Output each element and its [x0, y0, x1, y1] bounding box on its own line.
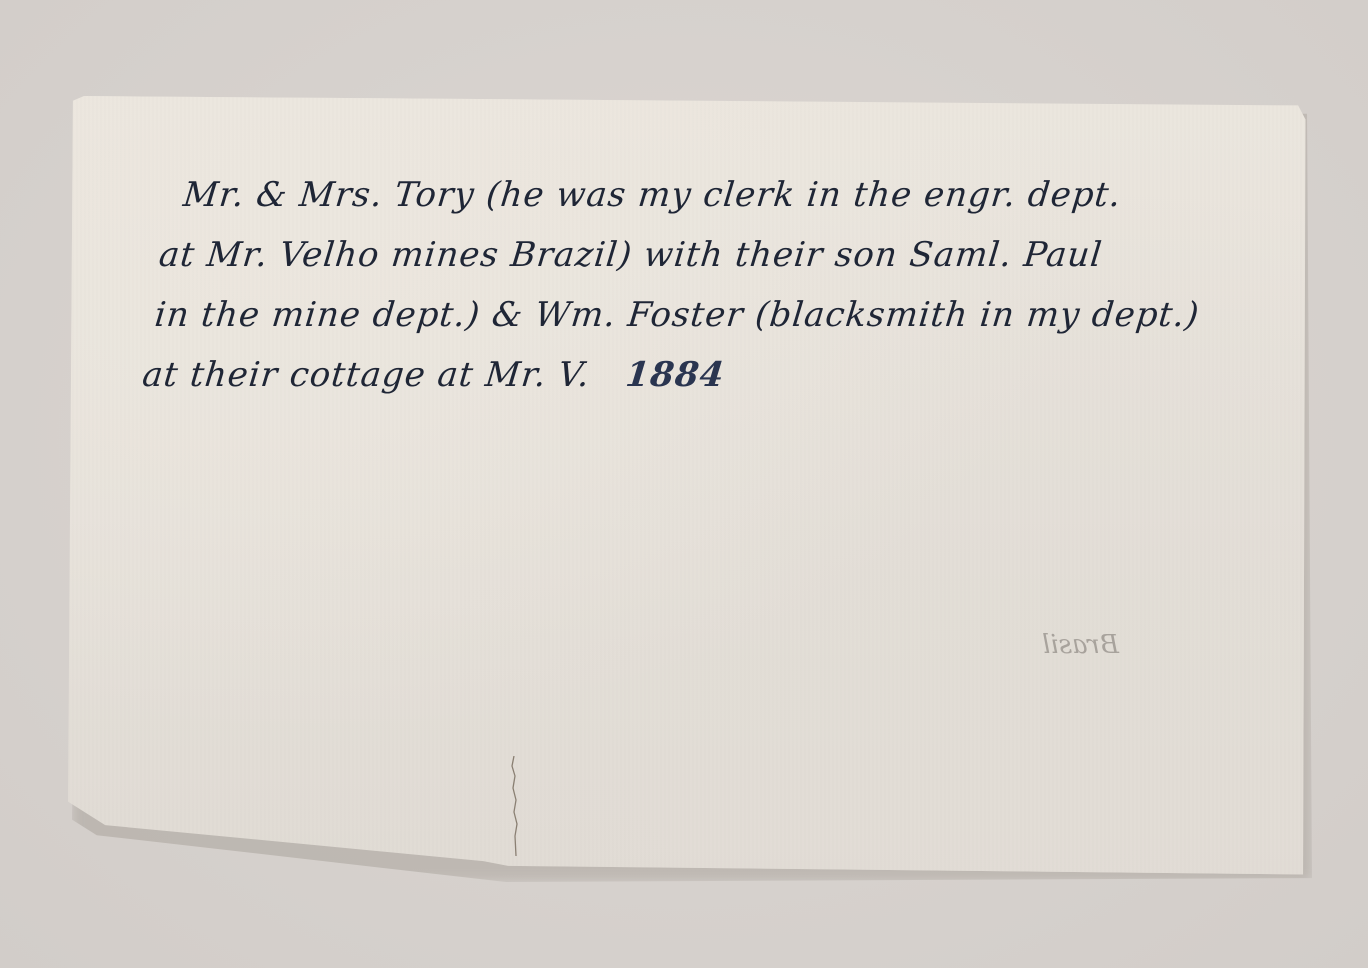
tear-crack: [508, 756, 522, 856]
note-line-3: in the mine dept.) & Wm. Foster (blacksm…: [152, 285, 1290, 345]
pencil-annotation: Brasil: [1042, 630, 1119, 660]
handwritten-note: Mr. & Mrs. Tory (he was my clerk in the …: [137, 165, 1302, 405]
note-line-4: at their cottage at Mr. V.1884: [139, 345, 1283, 405]
note-line-2: at Mr. Velho mines Brazil) with their so…: [156, 225, 1296, 285]
note-line-1: Mr. & Mrs. Tory (he was my clerk in the …: [180, 165, 1302, 225]
note-line-4-text: at their cottage at Mr. V.: [140, 355, 591, 395]
year: 1884: [624, 355, 727, 395]
